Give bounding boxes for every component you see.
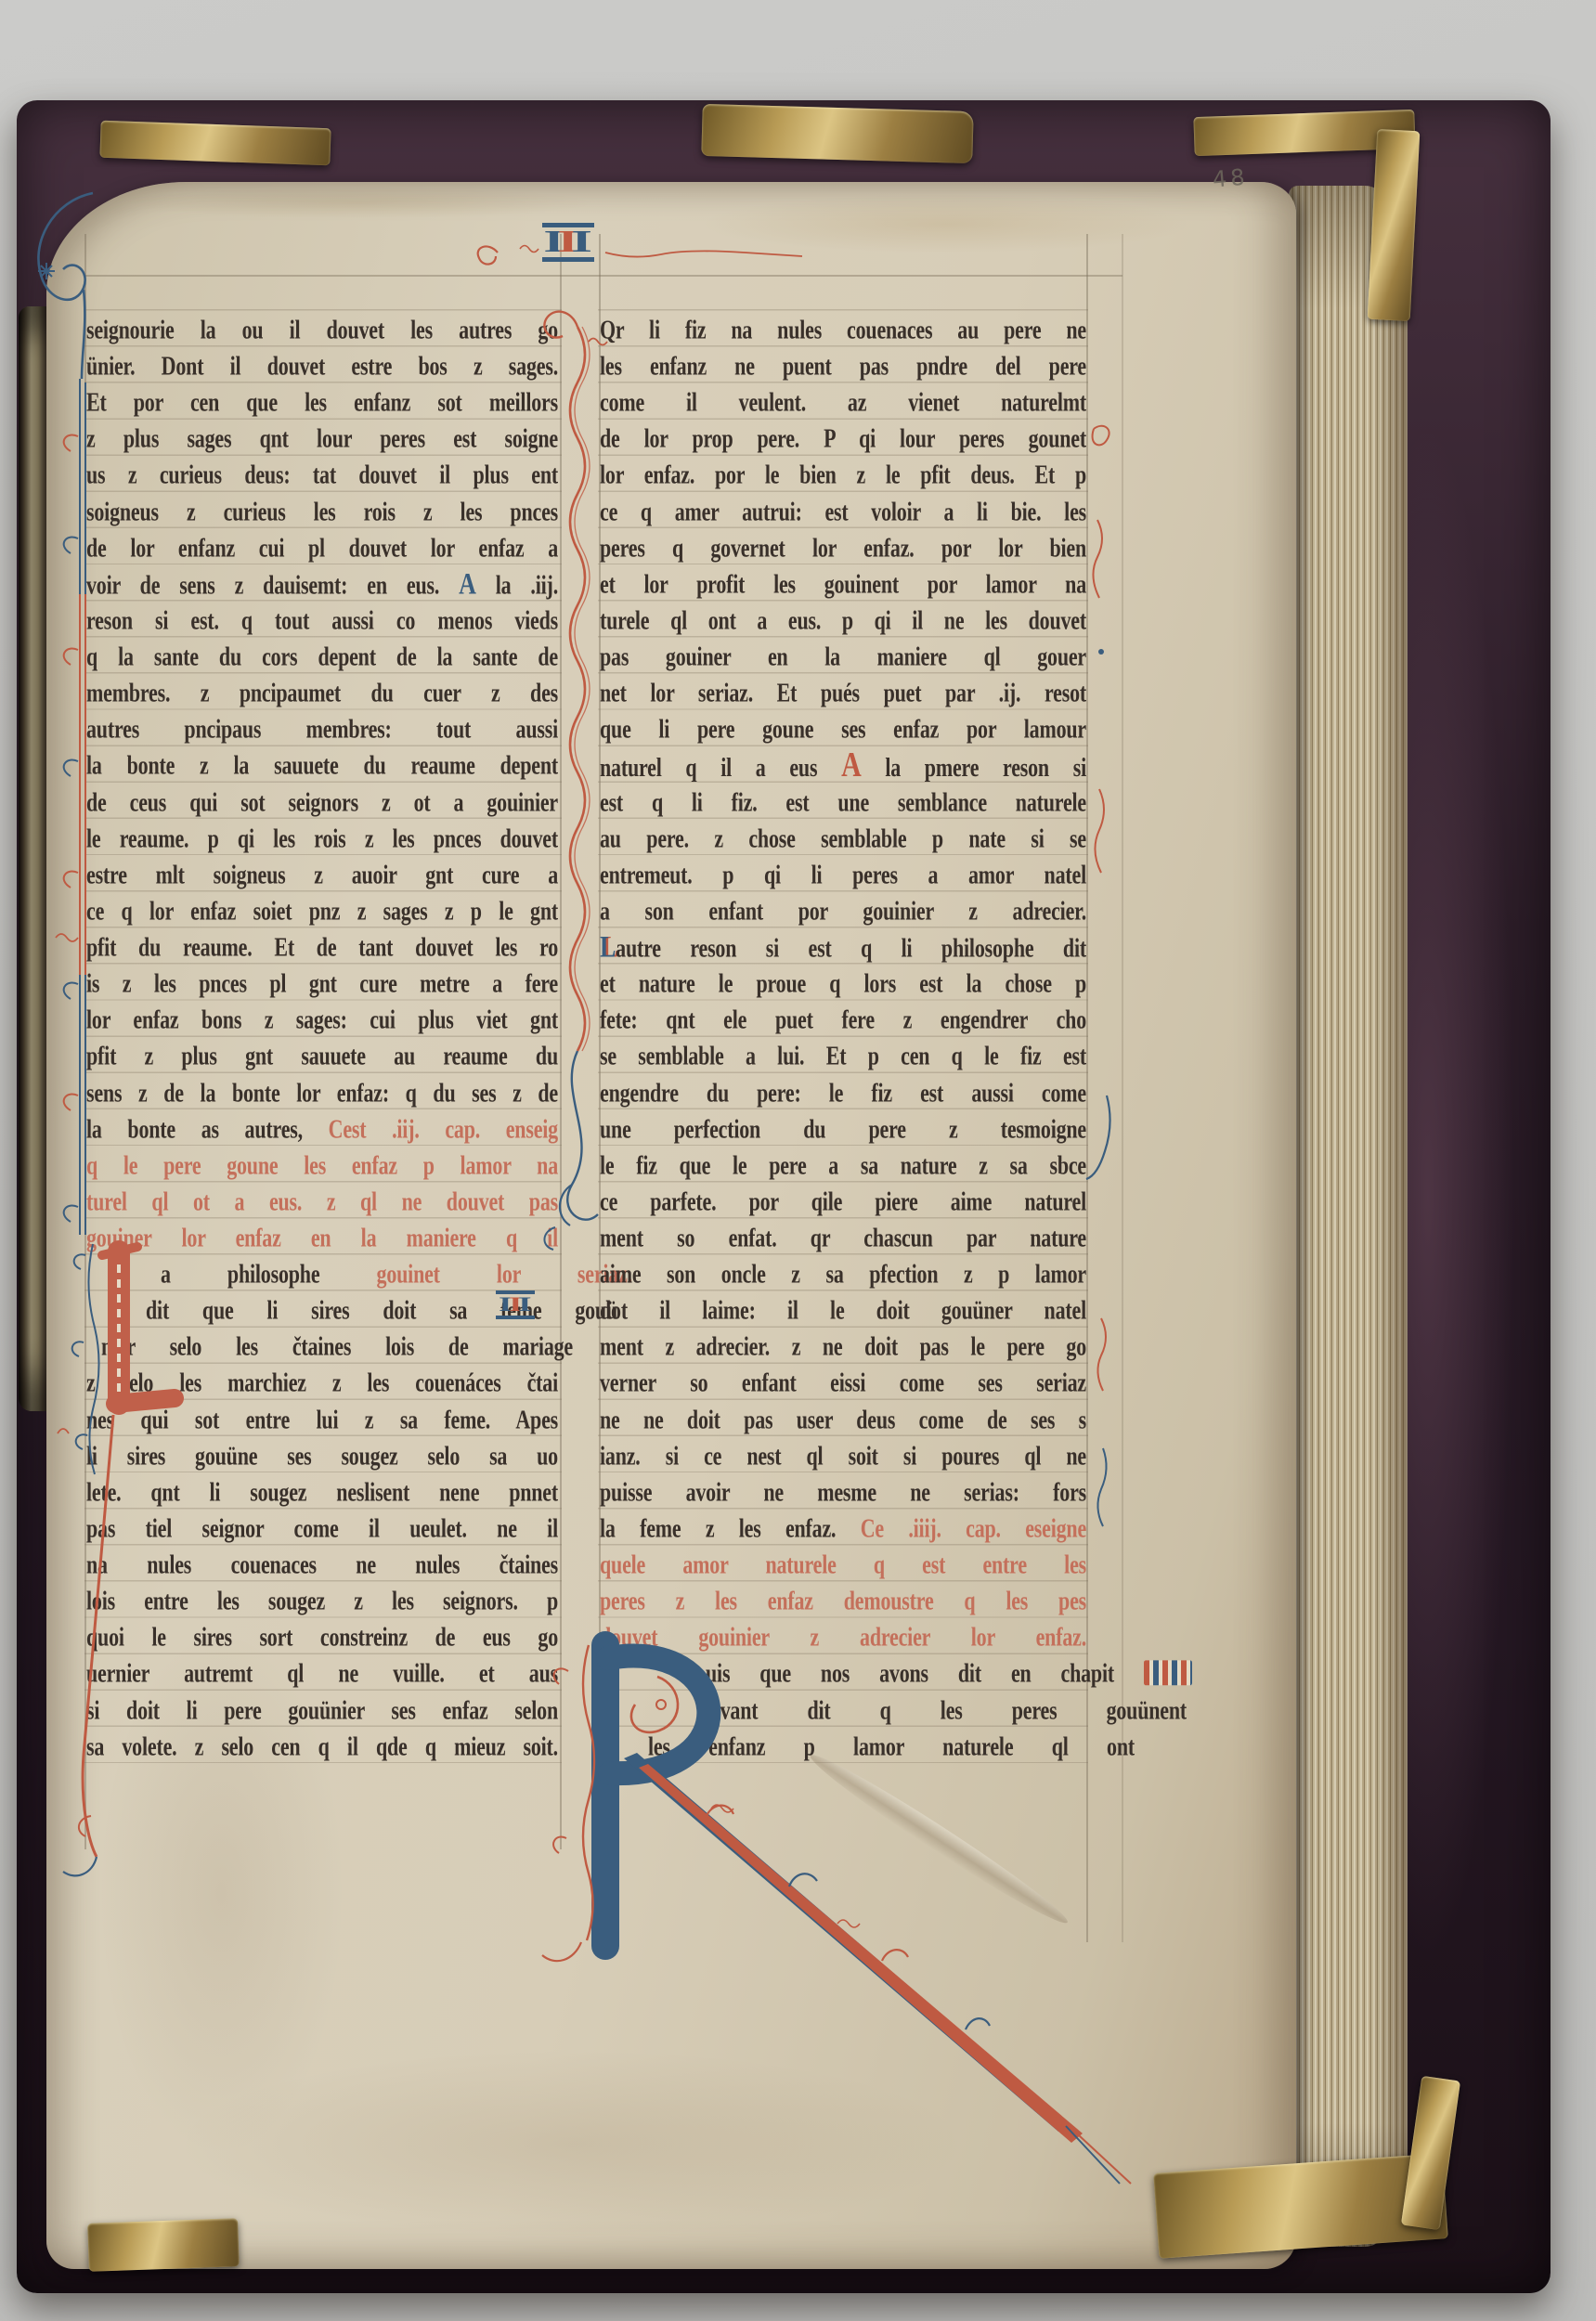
text-segment: Ce .iiij. cap. eseigne [861,1513,1086,1543]
text-segment: na nules couenaces ne nules čtaines [86,1549,558,1579]
text-segment: a philosophe [161,1259,377,1289]
text-segment: dit que li sires doit sa feme gouü [146,1295,617,1325]
text-segment: de lor enfanz cui pl douvet lor enfaz a [86,533,558,563]
margin-numeral: III [496,1290,535,1319]
manuscript-text-line: ce q lor enfaz soiet pnz z sages z p le … [86,892,558,933]
text-segment: lete. qnt li sougez neslisent nene pnnet [86,1477,558,1507]
manuscript-text-line: fete: qnt ele puet fere z engendrer cho [600,1001,1086,1042]
text-segment: ment z adrecier. z ne doit pas le pere g… [600,1331,1086,1361]
text-segment: lois entre les sougez z les seignors. p [86,1586,558,1615]
manuscript-text-line: li sires gouüne ses sougez selo sa uo [86,1437,558,1478]
text-segment: pfit z plus gnt sauuete au reaume du [86,1041,558,1070]
manuscript-text-line: Qr li fiz na nules couenaces au pere ne [600,311,1086,352]
text-segment: pas gouiner en la maniere ql gouer [600,642,1086,671]
manuscript-text-line: membres. z pncipaumet du cuer z des [86,674,558,715]
text-segment: autre reson si est q li philosophe dit [616,933,1086,963]
manuscript-text-line: z plus sages qnt lour peres est soigne [86,420,558,460]
manuscript-text-line: les enfanz p lamor naturele ql ont [600,1728,1135,1769]
text-segment: une perfection du pere z tesmoigne [600,1113,1086,1143]
manuscript-text-line: au pere. z chose semblable p nate si se [600,820,1086,861]
text-segment: pfit du reaume. Et de tant douvet les ro [86,932,558,962]
manuscript-text-line: voir de sens z dauisemt: en eus. A la .i… [86,565,558,606]
text-segment: les enfanz p lamor naturele ql ont [648,1731,1135,1761]
text-segment: q le pere goune les enfaz p lamor na [86,1150,558,1180]
text-segment: la pmere reson si [862,753,1086,783]
page-edges-stack [1289,186,1408,2247]
text-segment: ce q amer autrui: est voloir a li bie. l… [600,496,1086,525]
text-segment: ce parfete. por qile piere aime naturel [600,1186,1086,1216]
text-segment: a son enfant por gouinier z adrecier. [600,896,1086,926]
text-segment: is z les pnces pl gnt cure metre a fere [86,968,558,998]
text-segment: peres z les enfaz demoustre q les pes [600,1586,1086,1615]
text-segment: quele amor naturele q est entre les [600,1549,1086,1579]
text-segment: naturel q il a eus [600,753,841,783]
manuscript-text-line: le fiz que le pere a sa nature z sa sbce [600,1147,1086,1187]
manuscript-text-line: na nules couenaces ne nules čtaines [86,1546,558,1587]
text-segment: z selo les marchiez z les couenáces čtai [86,1368,558,1397]
text-segment: que li pere goune ses enfaz por lamour [600,714,1086,744]
text-segment: membres. z pncipaumet du cuer z des [86,678,558,707]
manuscript-text-line: q la sante du cors depent de la sante de [86,638,558,679]
manuscript-text-line: turele ql ont a eus. p qi il ne les douv… [600,602,1086,642]
manuscript-text-line: entremeut. p qi li peres a amor natel [600,856,1086,897]
text-segment: Et por cen que les enfanz sot meillors [86,387,558,417]
manuscript-text-line: lor enfaz. por le bien z le pfit deus. E… [600,456,1086,497]
manuscript-text-line: soigneus z curieus les rois z les pnces [86,493,558,534]
text-segment: quoi le sires sort constreinz de eus go [86,1622,558,1652]
text-segment: le reaume. p qi les rois z les pnces dou… [86,823,558,853]
manuscript-text-line: de lor enfanz cui pl douvet lor enfaz a [86,529,558,570]
text-segment: le fiz que le pere a sa nature z sa sbce [600,1150,1086,1180]
text-segment: soigneus z curieus les rois z les pnces [86,496,558,525]
manuscript-text-line: nier selo les čtaines lois de mariage [86,1328,573,1368]
manuscript-text-line: ce q amer autrui: est voloir a li bie. l… [600,493,1086,534]
text-segment: douvet gouinier z adrecier lor enfaz. [600,1622,1086,1652]
manuscript-text-line: et nature le proue q lors est la chose p [600,965,1086,1005]
manuscript-text-line: nes qui sot entre lui z sa feme. Apes [86,1401,558,1442]
manuscript-text-line: quele amor naturele q est entre les [600,1546,1086,1587]
manuscript-text-line: de lor prop pere. P qi lour peres gounet [600,420,1086,460]
manuscript-text-line: engendre du pere: le fiz est aussi come [600,1074,1086,1115]
manuscript-text-line: ünier. Dont il douvet estre bos z sages. [86,347,558,388]
text-segment: reson si est. q tout aussi co menos vied… [86,605,558,635]
manuscript-text-line: pas gouiner en la maniere ql gouer [600,638,1086,679]
numeral-stroke: I [572,229,592,254]
text-segment: la bonte as autres, [86,1113,329,1143]
manuscript-text-line: uernier autremt ql ne vuille. et aus [86,1654,558,1695]
numeral-stroke: I [518,1296,532,1313]
text-segment: turele ql ont a eus. p qi il ne les douv… [600,605,1086,635]
manuscript-text-line: ianz. si ce nest ql soit si poures ql ne [600,1437,1086,1478]
text-segment: turel ql ot a eus. z ql ne douvet pas [86,1186,558,1216]
text-segment: li sires gouüne ses sougez selo sa uo [86,1441,558,1471]
manuscript-text-line: uis que nos avons dit en chapit III [600,1654,1192,1695]
text-segment: et lor profit les gouinent por lamor na [600,569,1086,599]
text-segment: ne ne doit pas user deus come de ses s [600,1404,1086,1433]
manuscript-text-line: q le pere goune les enfaz p lamor na [86,1147,558,1187]
manuscript-text-line: lois entre les sougez z les seignors. p [86,1582,558,1623]
manuscript-text-line: aime son oncle z sa pfection z p lamor [600,1255,1086,1296]
photo-background: seignourie la ou il douvet les autres go… [0,0,1596,2321]
text-segment: III [1144,1661,1192,1686]
manuscript-text-line: lete. qnt li sougez neslisent nene pnnet [86,1473,558,1514]
manuscript-text-line: pfit du reaume. Et de tant douvet les ro [86,928,558,969]
text-segment: come il veulent. az vienet naturelmt [600,387,1086,417]
text-segment: au pere. z chose semblable p nate si se [600,823,1086,853]
manuscript-text-line: naturel q il a eus A la pmere reson si [600,746,1086,787]
manuscript-text-line: sa volete. z selo cen q il qde q mieuz s… [86,1728,558,1769]
text-segment: peres q governet lor enfaz. por lor bien [600,533,1086,563]
text-segment: lor enfaz bons z sages: cui plus viet gn… [86,1005,558,1034]
manuscript-text-line: reson si est. q tout aussi co menos vied… [86,602,558,642]
manuscript-text-line: seignourie la ou il douvet les autres go [86,311,558,352]
manuscript-text-line: come il veulent. az vienet naturelmt [600,383,1086,424]
manuscript-text-line: Et por cen que les enfanz sot meillors [86,383,558,424]
text-segment: les enfanz ne puent pas pndre del pere [600,351,1086,381]
manuscript-text-line: la bonte as autres, Cest .iij. cap. ense… [86,1110,558,1151]
manuscript-text-line: estre mlt soigneus z auoir gnt cure a [86,856,558,897]
text-segment: us z curieus deus: tat douvet il plus en… [86,460,558,489]
manuscript-text-line: une perfection du pere z tesmoigne [600,1110,1086,1151]
text-segment: gouiner lor enfaz en la maniere q il [86,1223,558,1252]
manuscript-text-line: de ceus qui sot seignors z ot a gouinier [86,784,558,824]
manuscript-text-line: pas tiel seignor come il ueulet. ne il [86,1510,558,1550]
text-segment: estre mlt soigneus z auoir gnt cure a [86,860,558,889]
text-segment: gouinet lor seriaz. [377,1259,632,1289]
manuscript-text-line: le reaume. p qi les rois z les pnces dou… [86,820,558,861]
quire-numeral-top: III [542,223,594,262]
text-segment: puisse avoir ne mesme ne serias: fors [600,1477,1086,1507]
manuscript-text-line: si doit li pere gouünier ses enfaz selon [86,1692,558,1732]
text-segment: nier selo les čtaines lois de mariage [101,1331,573,1361]
folio-number: 48 [1212,163,1250,192]
text-segment: q la sante du cors depent de la sante de [86,642,558,671]
text-segment: se semblable a lui. Et p cen q le fiz es… [600,1041,1086,1070]
text-segment: uernier autremt ql ne vuille. et aus [86,1658,558,1688]
manuscript-text-line: et lor profit les gouinent por lamor na [600,565,1086,606]
manuscript-text-line: pfit z plus gnt sauuete au reaume du [86,1037,558,1078]
manuscript-text-line: dot il laime: il le doit gouüner natel [600,1291,1086,1332]
text-segment: A [459,566,476,601]
text-segment: dot il laime: il le doit gouüner natel [600,1295,1086,1325]
manuscript-text-line: puisse avoir ne mesme ne serias: fors [600,1473,1086,1514]
text-segment: si doit li pere gouünier ses enfaz selon [86,1694,558,1724]
manuscript-text-line: la feme z les enfaz. Ce .iiij. cap. esei… [600,1510,1086,1550]
manuscript-text-line: gouiner lor enfaz en la maniere q il [86,1219,558,1260]
text-segment: ianz. si ce nest ql soit si poures ql ne [600,1441,1086,1471]
manuscript-text-line: ment so enfat. qr chascun par nature [600,1219,1086,1260]
manuscript-text-line: est q li fiz. est une semblance naturele [600,784,1086,824]
text-segment: lor enfaz. por le bien z le pfit deus. E… [600,460,1086,489]
text-segment: Cest .iij. cap. enseig [329,1113,558,1143]
text-segment: aime son oncle z sa pfection z p lamor [600,1259,1086,1289]
text-segment: la bonte z la sauuete du reaume depent [86,750,558,780]
manuscript-text-line: douvet gouinier z adrecier lor enfaz. [600,1618,1086,1659]
text-segment: Qr li fiz na nules couenaces au pere ne [600,315,1086,344]
manuscript-text-line: verner so enfant eissi come ses seriaz [600,1364,1086,1405]
text-segment: z plus sages qnt lour peres est soigne [86,423,558,453]
text-segment: devant dit q les peres gouünent [700,1694,1187,1724]
manuscript-text-line: sens z de la bonte lor enfaz: q du ses z… [86,1074,558,1115]
manuscript-text-line: peres z les enfaz demoustre q les pes [600,1582,1086,1623]
manuscript-text-line: dit que li sires doit sa feme gouü [86,1291,617,1332]
text-segment: de ceus qui sot seignors z ot a gouinier [86,786,558,816]
text-segment: net lor seriaz. Et pués puet par .ij. re… [600,678,1086,707]
text-segment: de lor prop pere. P qi lour peres gounet [600,423,1086,453]
text-segment: engendre du pere: le fiz est aussi come [600,1077,1086,1107]
text-segment: autres pncipaus membres: tout aussi [86,714,558,744]
text-segment: nes qui sot entre lui z sa feme. Apes [86,1404,558,1433]
previous-page-edge [19,306,50,1411]
text-segment: sa volete. z selo cen q il qde q mieuz s… [86,1731,558,1761]
manuscript-text-line: ne ne doit pas user deus come de ses s [600,1401,1086,1442]
text-segment: ce q lor enfaz soiet pnz z sages z p le … [86,896,558,926]
text-segment: voir de sens z dauisemt: en eus. [86,570,459,600]
text-segment: seignourie la ou il douvet les autres go [86,315,558,344]
text-segment: est q li fiz. est une semblance naturele [600,786,1086,816]
text-segment: la .iij. [476,570,558,600]
manuscript-text-line: ce parfete. por qile piere aime naturel [600,1183,1086,1224]
manuscript-text-line: se semblable a lui. Et p cen q le fiz es… [600,1037,1086,1078]
manuscript-text-line: is z les pnces pl gnt cure metre a fere [86,965,558,1005]
manuscript-text-line: turel ql ot a eus. z ql ne douvet pas [86,1183,558,1224]
text-segment: pas tiel seignor come il ueulet. ne il [86,1513,558,1543]
text-segment: A [841,746,861,784]
text-segment: fete: qnt ele puet fere z engendrer cho [600,1005,1086,1034]
manuscript-text-line: les enfanz ne puent pas pndre del pere [600,347,1086,388]
ruling-line [84,275,1122,277]
text-segment: sens z de la bonte lor enfaz: q du ses z… [86,1077,558,1107]
manuscript-text-line: Lautre reson si est q li philosophe dit [600,928,1086,969]
gold-clasp-bottom-left [87,2218,240,2272]
manuscript-text-line: us z curieus deus: tat douvet il plus en… [86,456,558,497]
text-segment: uis que nos avons dit en chapit [706,1658,1144,1688]
manuscript-text-line: ment z adrecier. z ne doit pas le pere g… [600,1328,1086,1368]
manuscript-text-line: autres pncipaus membres: tout aussi [86,710,558,751]
manuscript-text-line: quoi le sires sort constreinz de eus go [86,1618,558,1659]
ruling-line [560,234,562,1849]
text-segment: la feme z les enfaz. [600,1513,861,1543]
manuscript-text-line: que li pere goune ses enfaz por lamour [600,710,1086,751]
manuscript-text-line: devant dit q les peres gouünent [600,1692,1187,1732]
manuscript-text-line: lor enfaz bons z sages: cui plus viet gn… [86,1001,558,1042]
manuscript-text-line: a philosophe gouinet lor seriaz. [86,1255,632,1296]
text-segment: et nature le proue q lors est la chose p [600,968,1086,998]
manuscript-text-line: z selo les marchiez z les couenáces čtai [86,1364,558,1405]
text-segment: ment so enfat. qr chascun par nature [600,1223,1086,1252]
text-segment: verner so enfant eissi come ses seriaz [600,1368,1086,1397]
text-segment: entremeut. p qi li peres a amor natel [600,860,1086,889]
text-segment: ünier. Dont il douvet estre bos z sages. [86,351,558,381]
manuscript-text-line: peres q governet lor enfaz. por lor bien [600,529,1086,570]
gold-clasp-top-center [701,104,973,163]
manuscript-text-line: net lor seriaz. Et pués puet par .ij. re… [600,674,1086,715]
text-segment: L [600,929,616,964]
manuscript-text-line: la bonte z la sauuete du reaume depent [86,746,558,787]
manuscript-text-line: a son enfant por gouinier z adrecier. [600,892,1086,933]
